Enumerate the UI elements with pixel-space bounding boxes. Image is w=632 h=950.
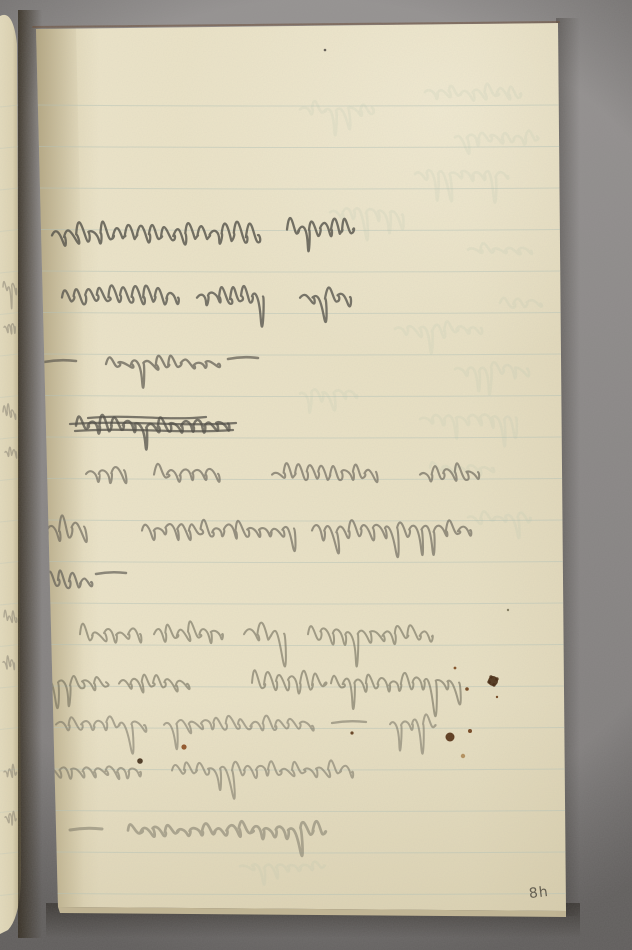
notebook-scan: 8h Malene brugs Nata går ud – Dommen – E… (0, 0, 632, 950)
folio-number: 8h (528, 880, 566, 906)
notebook-page-artwork (0, 0, 632, 950)
scan-grain (0, 0, 632, 950)
